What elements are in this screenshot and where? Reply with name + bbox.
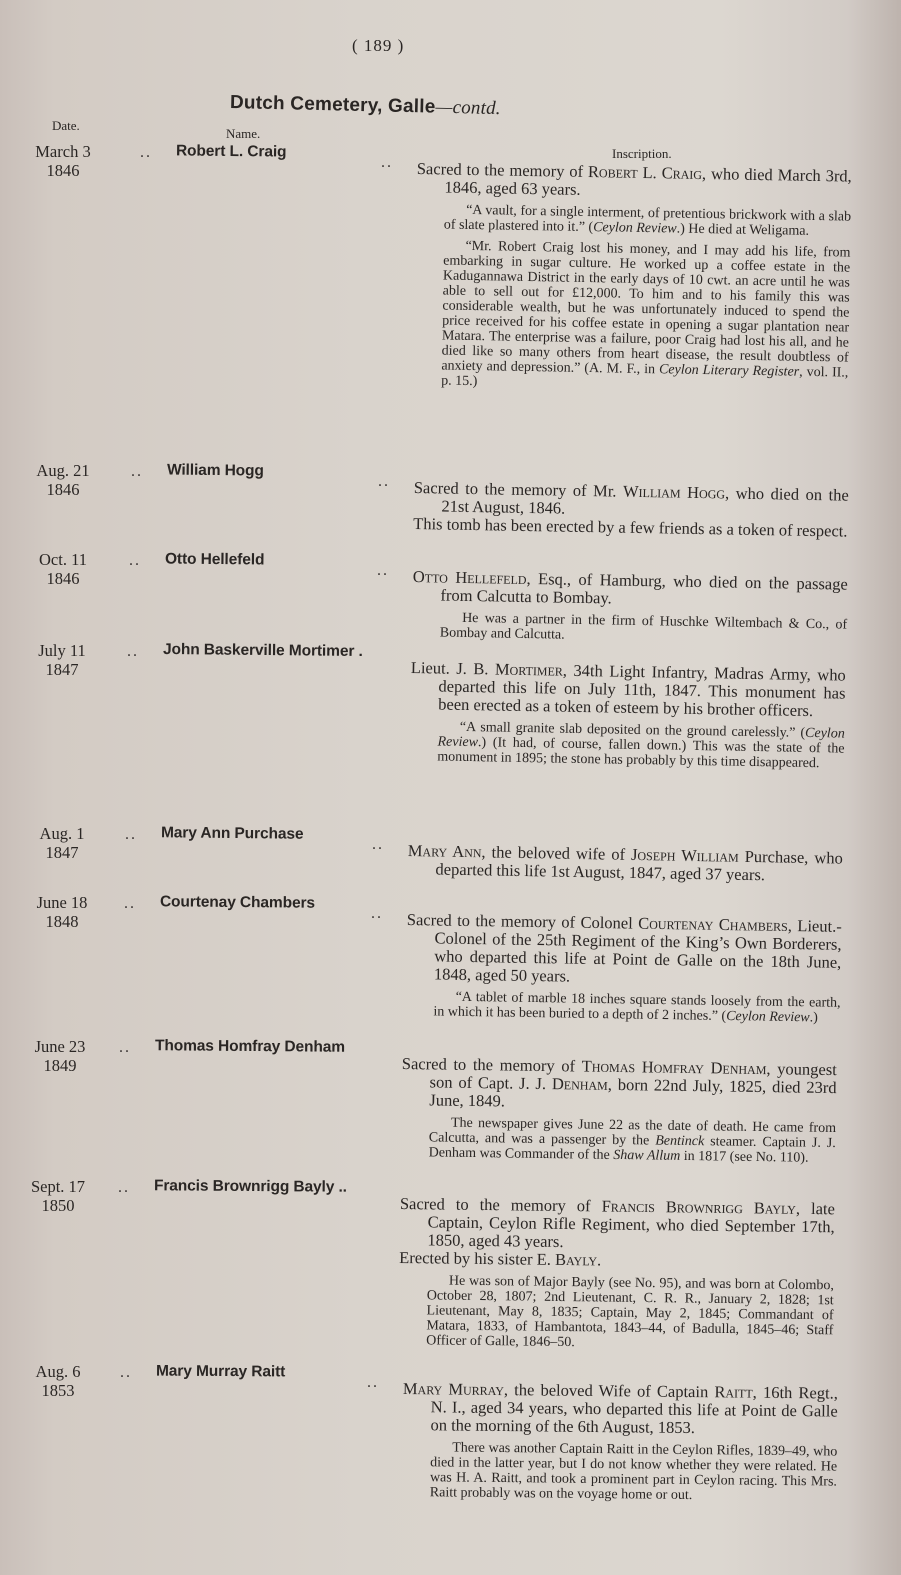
inscription-text: Sacred to the memory of Robert L. Craig,… [416,160,852,204]
leader-dots: .. [377,562,389,580]
inscription-note: There was another Captain Raitt in the C… [402,1440,838,1505]
inscription-note: “A vault, for a single interment, of pre… [416,202,851,240]
page-title: Dutch Cemetery, Galle—contd. [230,92,501,120]
column-header-inscription: Inscription. [612,146,672,162]
entry-name: Courtenay Chambers [160,893,315,912]
title-main: Dutch Cemetery, Galle [230,92,436,118]
title-suffix: —contd. [435,97,501,119]
entry-year: 1848 [22,912,102,931]
inscription-text: Otto Hellefeld, Esq., of Hamburg, who di… [412,568,848,612]
column-header-date: Date. [52,118,80,134]
inscription-text: Mary Murray, the beloved Wife of Captain… [402,1380,838,1439]
entry-name: Otto Hellefeld [165,550,265,569]
entry-name: Mary Ann Purchase [161,824,304,843]
inscription-note: “A tablet of marble 18 inches square sta… [405,989,840,1026]
leader-dots: .. [131,463,143,481]
entry-inscription: Mary Ann, the beloved wife of Joseph Wil… [407,842,843,886]
entry-year: 1846 [23,569,103,588]
leader-dots: .. [372,836,384,854]
inscription-text: Sacred to the memory of Colonel Courtena… [406,911,842,990]
entry-date: March 31846 [23,142,103,180]
entry-name: Mary Murray Raitt [156,1363,285,1382]
entry-date: June 181848 [22,893,102,931]
entry-inscription: Otto Hellefeld, Esq., of Hamburg, who di… [412,568,848,648]
entry-day: June 18 [22,893,102,912]
column-header-name: Name. [226,126,260,142]
leader-dots: .. [127,643,139,661]
entry-date: Oct. 111846 [23,550,103,588]
entry-name: John Baskerville Mortimer . [163,641,363,661]
entry-day: Aug. 21 [23,461,103,480]
entry-name: Robert L. Craig [176,142,287,161]
entry-year: 1849 [20,1056,100,1075]
entry-year: 1847 [22,843,102,862]
entry-inscription: Sacred to the memory of Colonel Courtena… [405,911,842,1026]
inscription-note: “A small granite slab deposited on the g… [409,719,845,772]
leader-dots: .. [118,1179,130,1197]
entry-year: 1847 [22,660,102,679]
entry-name: Thomas Homfray Denham [155,1037,345,1057]
entry-name: Francis Brownrigg Bayly .. [154,1177,347,1196]
inscription-note: The newspaper gives June 22 as the date … [401,1115,837,1166]
entry-date: June 231849 [20,1037,100,1075]
entry-date: Sept. 171850 [18,1177,98,1215]
entry-inscription: Sacred to the memory of Mr. William Hogg… [413,479,849,541]
entry-day: Aug. 1 [22,824,102,843]
entry-inscription: Lieut. J. B. Mortimer, 34th Light Infant… [409,659,846,772]
leader-dots: .. [378,473,390,491]
leader-dots: .. [381,154,393,172]
entry-year: 1850 [18,1196,98,1215]
entry-inscription: Sacred to the memory of Robert L. Craig,… [413,160,852,396]
entry-date: July 111847 [22,641,102,679]
entry-inscription: Sacred to the memory of Thomas Homfray D… [401,1055,837,1166]
entry-day: March 3 [23,142,103,161]
leader-dots: .. [140,144,152,162]
entry-date: Aug. 211846 [23,461,103,499]
entry-day: Aug. 6 [18,1362,98,1381]
leader-dots: .. [125,826,137,844]
leader-dots: .. [124,895,136,913]
entry-date: Aug. 11847 [22,824,102,862]
leader-dots: .. [371,905,383,923]
entry-inscription: Sacred to the memory of Francis Brownrig… [398,1195,835,1353]
entry-inscription: Mary Murray, the beloved Wife of Captain… [402,1380,838,1505]
inscription-note: “Mr. Robert Craig lost his money, and I … [413,238,851,396]
entry-year: 1853 [18,1381,98,1400]
entry-date: Aug. 61853 [18,1362,98,1400]
entry-day: Oct. 11 [23,550,103,569]
entry-year: 1846 [23,161,103,180]
entry-day: July 11 [22,641,102,660]
inscription-text: Mary Ann, the beloved wife of Joseph Wil… [407,842,843,886]
leader-dots: .. [119,1039,131,1057]
entry-day: June 23 [20,1037,100,1056]
leader-dots: .. [120,1364,132,1382]
inscription-text: Sacred to the memory of Francis Brownrig… [399,1195,835,1254]
entry-name: William Hogg [167,461,264,480]
page-number: ( 189 ) [352,36,404,56]
inscription-note: He was a partner in the firm of Huschke … [412,610,847,648]
leader-dots: .. [129,552,141,570]
entry-year: 1846 [23,480,103,499]
book-page: ( 189 ) Dutch Cemetery, Galle—contd. Dat… [0,0,901,1575]
leader-dots: .. [367,1374,379,1392]
inscription-text: Lieut. J. B. Mortimer, 34th Light Infant… [410,659,846,721]
entry-day: Sept. 17 [18,1177,98,1196]
inscription-text: Sacred to the memory of Thomas Homfray D… [401,1055,837,1115]
inscription-note: He was son of Major Bayly (see No. 95), … [398,1273,834,1353]
